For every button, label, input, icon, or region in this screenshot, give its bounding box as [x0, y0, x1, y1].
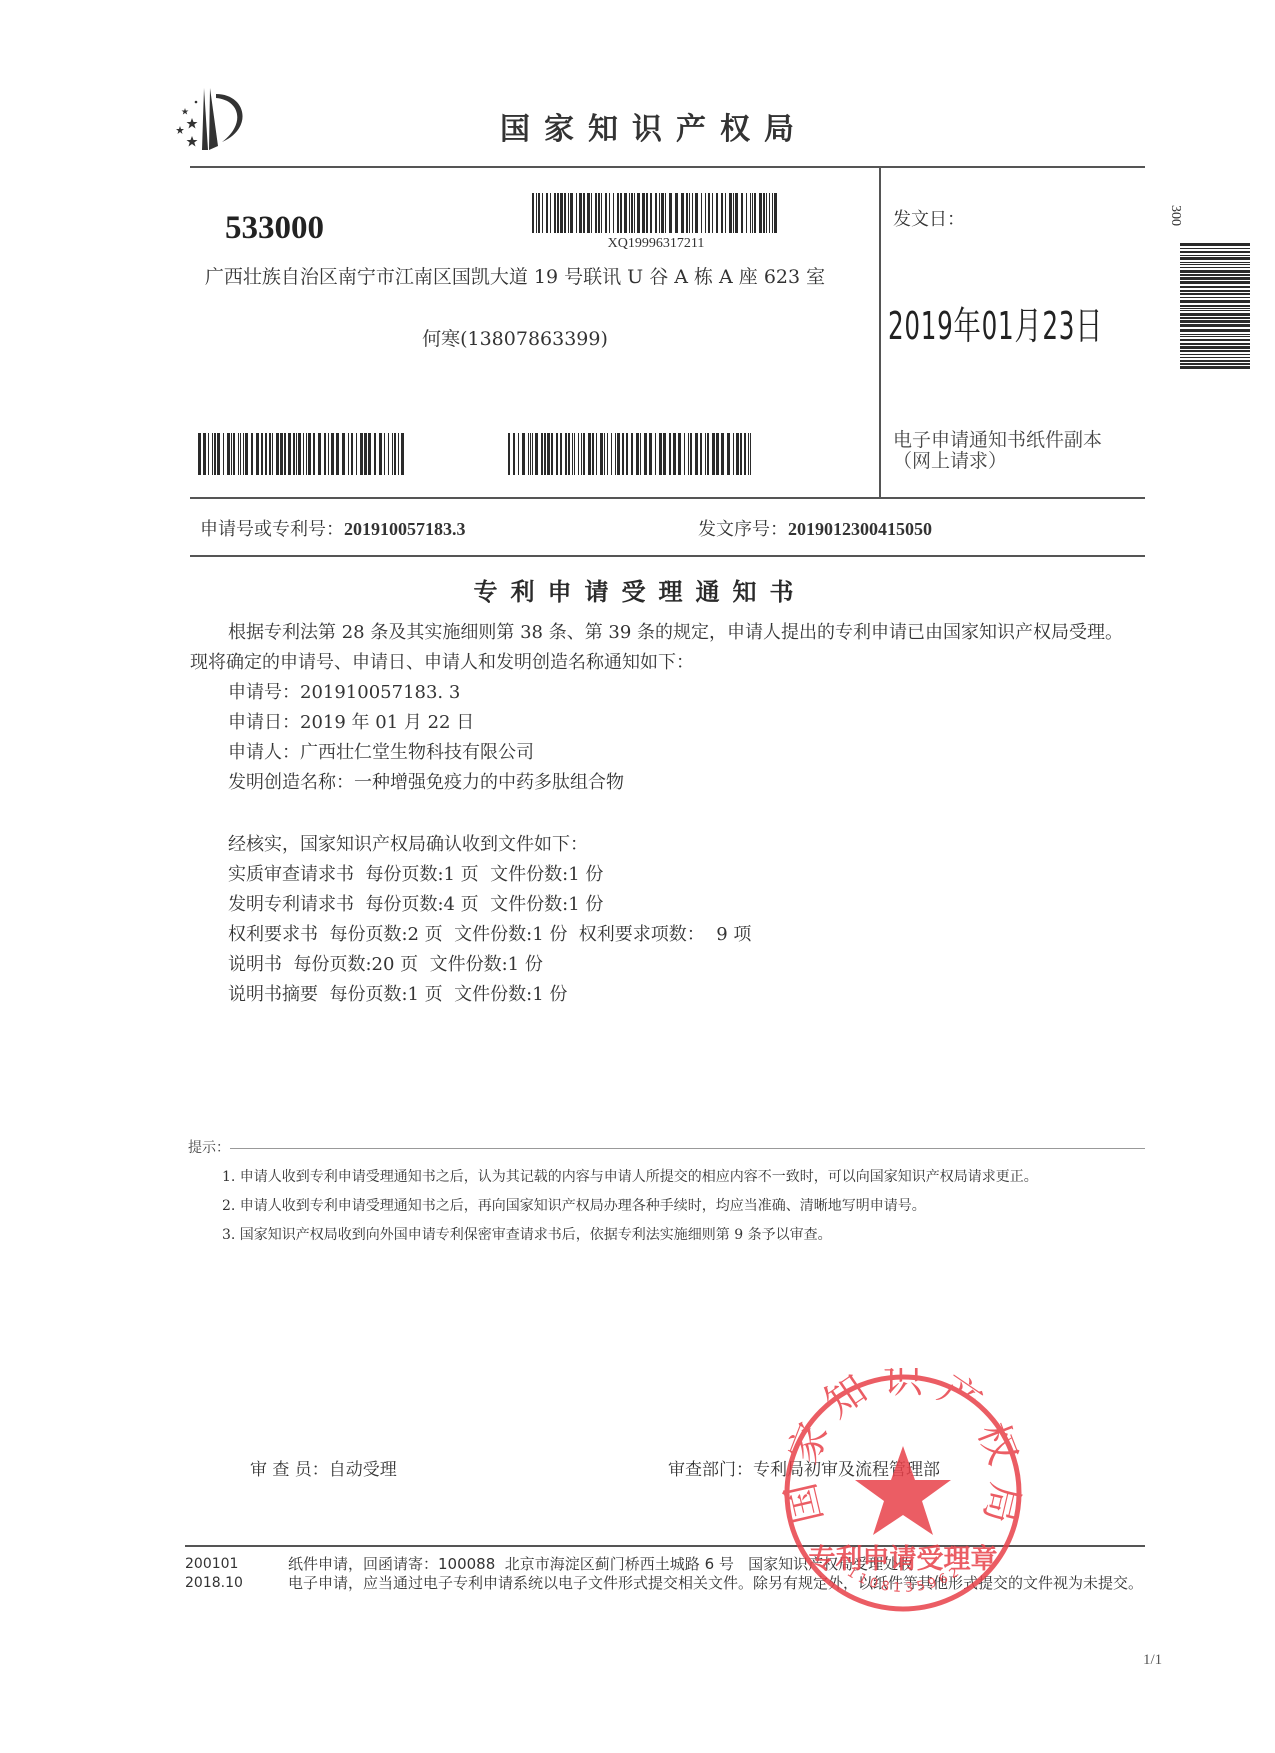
application-number-label: 申请号或专利号： — [200, 519, 344, 540]
notice-body: 根据专利法第 28 条及其实施细则第 38 条、第 39 条的规定，申请人提出的… — [190, 618, 1140, 798]
column-divider — [879, 167, 881, 498]
document-barcode-right — [508, 433, 753, 475]
recipient-address: 广西壮族自治区南宁市江南区国凯大道 19 号联讯 U 谷 A 栋 A 座 623… — [200, 262, 830, 292]
tip-item: 1. 申请人收到专利申请受理通知书之后，认为其记载的内容与申请人所提交的相应内容… — [188, 1163, 1148, 1192]
received-files: 经核实，国家知识产权局确认收到文件如下： 实质审查请求书 每份页数:1 页 文件… — [228, 830, 751, 1010]
field-invention-title: 发明创造名称：一种增强免疫力的中药多肽组合物 — [190, 768, 1140, 798]
tip-item: 3. 国家知识产权局收到向外国申请专利保密审查请求书后，依据专利法实施细则第 9… — [188, 1221, 1148, 1250]
svg-text:专利申请受理章: 专利申请受理章 — [809, 1543, 998, 1575]
copy-note: 电子申请通知书纸件副本（网上请求） — [893, 430, 1133, 472]
file-item: 实质审查请求书 每份页数:1 页 文件份数:1 份 — [228, 860, 751, 890]
page-number: 1/1 — [1143, 1652, 1162, 1669]
document-barcode-left — [198, 433, 408, 475]
issue-date: 2019年01月23日 — [888, 295, 1103, 350]
agency-title: 国家知识产权局 — [500, 104, 808, 148]
notice-intro: 根据专利法第 28 条及其实施细则第 38 条、第 39 条的规定，申请人提出的… — [190, 618, 1140, 678]
form-codes: 200101 2018.10 — [185, 1555, 243, 1593]
tips-label: 提示： — [188, 1137, 230, 1157]
serial-number-label: 发文序号： — [698, 519, 788, 540]
serial-number-line: 发文序号：2019012300415050 — [698, 515, 932, 541]
side-code: 300 — [1167, 205, 1183, 226]
file-item: 说明书 每份页数:20 页 文件份数:1 份 — [228, 950, 751, 980]
tracking-barcode — [532, 193, 780, 233]
tip-item: 2. 申请人收到专利申请受理通知书之后，再向国家知识产权局办理各种手续时，均应当… — [188, 1192, 1148, 1221]
application-number: 201910057183.3 — [344, 519, 466, 539]
field-applicant: 申请人：广西壮仁堂生物科技有限公司 — [190, 738, 1140, 768]
field-application-number: 申请号：201910057183. 3 — [190, 678, 1140, 708]
form-code: 200101 — [185, 1555, 243, 1574]
address-divider — [190, 497, 1145, 499]
field-filing-date: 申请日：2019 年 01 月 22 日 — [190, 708, 1140, 738]
official-seal-icon: 国 家 知 识 产 权 局 专利申请受理章 1 1 0 8 1 3 5 9 6 … — [778, 1368, 1028, 1618]
application-number-line: 申请号或专利号：201910057183.3 — [200, 515, 466, 541]
form-version: 2018.10 — [185, 1574, 243, 1593]
tips-divider — [230, 1148, 1145, 1149]
serial-number: 2019012300415050 — [788, 519, 932, 539]
reference-divider — [190, 555, 1145, 557]
postcode: 533000 — [225, 210, 324, 247]
file-item: 说明书摘要 每份页数:1 页 文件份数:1 份 — [228, 980, 751, 1010]
notice-title: 专利申请受理通知书 — [200, 572, 1080, 607]
examiner: 审 查 员：自动受理 — [250, 1455, 397, 1480]
tips-list: 1. 申请人收到专利申请受理通知书之后，认为其记载的内容与申请人所提交的相应内容… — [188, 1163, 1148, 1250]
file-item: 权利要求书 每份页数:2 页 文件份数:1 份 权利要求项数： 9 项 — [228, 920, 751, 950]
recipient-name: 何寒(13807863399) — [200, 324, 830, 351]
tracking-barcode-label: XQ19996317211 — [540, 236, 772, 252]
issue-date-label: 发文日： — [893, 205, 965, 231]
header-divider — [190, 166, 1145, 168]
cnipa-logo-icon — [168, 84, 268, 152]
file-item: 发明专利请求书 每份页数:4 页 文件份数:1 份 — [228, 890, 751, 920]
side-barcode — [1180, 243, 1250, 373]
files-intro: 经核实，国家知识产权局确认收到文件如下： — [228, 830, 751, 860]
